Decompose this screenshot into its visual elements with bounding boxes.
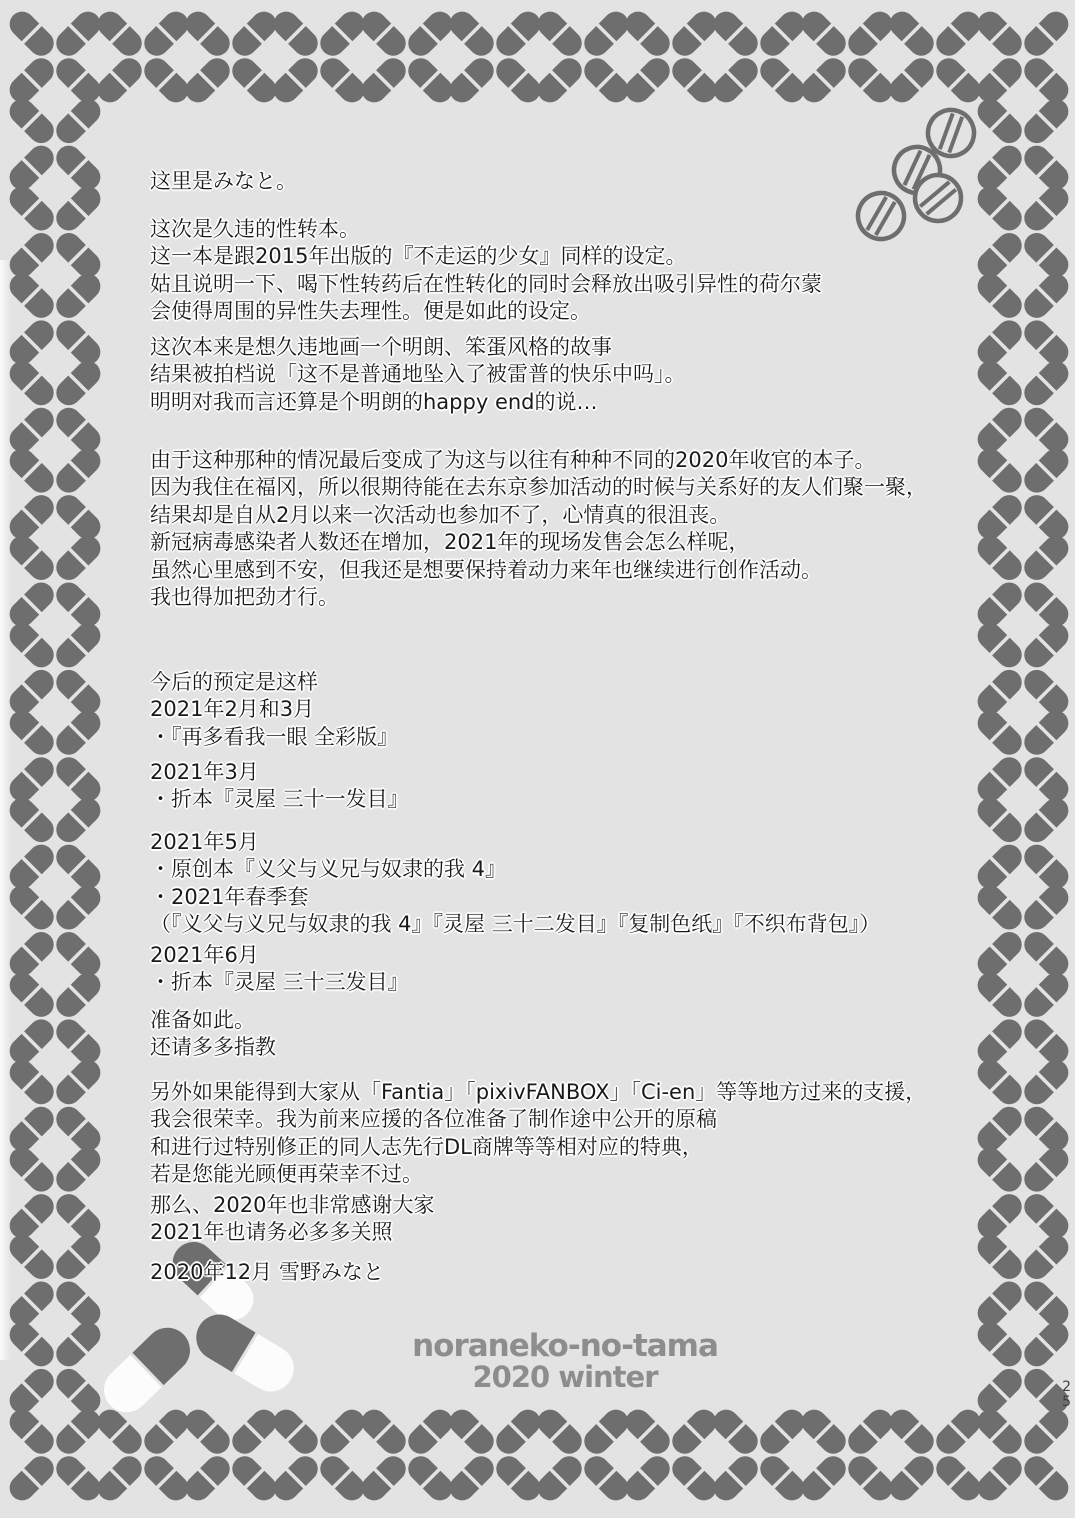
afterword-line: 我会很荣幸。我为前来应援的各位准备了制作途中公开的原稿	[150, 1106, 926, 1133]
circle-logo: noraneko-no-tama 2020 winter	[395, 1330, 735, 1392]
paragraph: 2020年12月 雪野みなと	[150, 1259, 384, 1286]
afterword-line: 2021年5月	[150, 829, 880, 856]
afterword-line: 结果却是自从2月以来一次活动也参加不了，心情真的很沮丧。	[150, 502, 927, 529]
afterword-line: （『义父与义兄与奴隶的我 4』『灵屋 三十二发目』『复制色纸』『不织布背包』）	[150, 911, 880, 938]
paragraph: 那么、2020年也非常感谢大家2021年也请务必多多关照	[150, 1192, 434, 1247]
afterword-line: ・2021年春季套	[150, 884, 880, 911]
afterword-line: 和进行过特别修正的同人志先行DL商牌等等相对应的特典，	[150, 1134, 926, 1161]
afterword-line: 2021年2月和3月	[150, 696, 398, 723]
afterword-line: ・原创本『义父与义兄与奴隶的我 4』	[150, 856, 880, 883]
paragraph: 这次是久违的性转本。这一本是跟2015年出版的『不走运的少女』同样的设定。姑且说…	[150, 216, 822, 326]
afterword-line: 2021年6月	[150, 942, 409, 969]
afterword-line: 明明对我而言还算是个明朗的happy end的说…	[150, 389, 686, 416]
afterword-line: 这一本是跟2015年出版的『不走运的少女』同样的设定。	[150, 243, 822, 270]
afterword-line: 2020年12月 雪野みなと	[150, 1259, 384, 1286]
afterword-line: 姑且说明一下、喝下性转药后在性转化的同时会释放出吸引异性的荷尔蒙	[150, 271, 822, 298]
page-number-digit: 2	[1062, 1380, 1071, 1395]
afterword-line: 这次是久违的性转本。	[150, 216, 822, 243]
page-number-digit: 5	[1062, 1395, 1071, 1410]
afterword-line: ・『再多看我一眼 全彩版』	[150, 724, 398, 751]
afterword-line: 准备如此。	[150, 1007, 276, 1034]
afterword-line: 这次本来是想久违地画一个明朗、笨蛋风格的故事	[150, 334, 686, 361]
afterword-line: 我也得加把劲才行。	[150, 584, 927, 611]
paragraph: 这次本来是想久违地画一个明朗、笨蛋风格的故事结果被拍档说「这不是普通地坠入了被雷…	[150, 334, 686, 416]
afterword-line: 2021年也请务必多多关照	[150, 1219, 434, 1246]
afterword-line: 会使得周围的异性失去理性。便是如此的设定。	[150, 298, 822, 325]
afterword-line: 那么、2020年也非常感谢大家	[150, 1192, 434, 1219]
paragraph: 2021年6月・折本『灵屋 三十三发目』	[150, 942, 409, 997]
paragraph: 由于这种那种的情况最后变成了为这与以往有种种不同的2020年收官的本子。因为我住…	[150, 447, 927, 611]
logo-title: noraneko-no-tama	[395, 1330, 735, 1362]
page-number: 2 5	[1062, 1380, 1071, 1410]
afterword-line: 还请多多指教	[150, 1034, 276, 1061]
paragraph: 2021年3月・折本『灵屋 三十一发目』	[150, 759, 409, 814]
paragraph: 这里是みなと。	[150, 168, 297, 195]
paragraph: 另外如果能得到大家从「Fantia」「pixivFANBOX」「Ci-en」等等…	[150, 1079, 926, 1189]
afterword-line: 虽然心里感到不安，但我还是想要保持着动力来年也继续进行创作活动。	[150, 557, 927, 584]
afterword-line: ・折本『灵屋 三十一发目』	[150, 786, 409, 813]
afterword-line: 今后的预定是这样	[150, 669, 398, 696]
afterword-line: 结果被拍档说「这不是普通地坠入了被雷普的快乐中吗」。	[150, 361, 686, 388]
afterword-line: 新冠病毒感染者人数还在增加，2021年的现场发售会怎么样呢，	[150, 529, 927, 556]
afterword-line: 由于这种那种的情况最后变成了为这与以往有种种不同的2020年收官的本子。	[150, 447, 927, 474]
paragraph: 今后的预定是这样2021年2月和3月・『再多看我一眼 全彩版』	[150, 669, 398, 751]
paragraph: 2021年5月・原创本『义父与义兄与奴隶的我 4』・2021年春季套（『义父与义…	[150, 829, 880, 939]
afterword-line: 另外如果能得到大家从「Fantia」「pixivFANBOX」「Ci-en」等等…	[150, 1079, 926, 1106]
afterword-line: 这里是みなと。	[150, 168, 297, 195]
afterword-line: 2021年3月	[150, 759, 409, 786]
paragraph: 准备如此。还请多多指教	[150, 1007, 276, 1062]
afterword-line: 若是您能光顾便再荣幸不过。	[150, 1161, 926, 1188]
afterword-line: ・折本『灵屋 三十三发目』	[150, 969, 409, 996]
logo-subtitle: 2020 winter	[395, 1362, 735, 1392]
afterword-text: 这里是みなと。这次是久违的性转本。这一本是跟2015年出版的『不走运的少女』同样…	[0, 0, 1075, 1518]
afterword-line: 因为我住在福冈，所以很期待能在去东京参加活动的时候与关系好的友人们聚一聚，	[150, 474, 927, 501]
